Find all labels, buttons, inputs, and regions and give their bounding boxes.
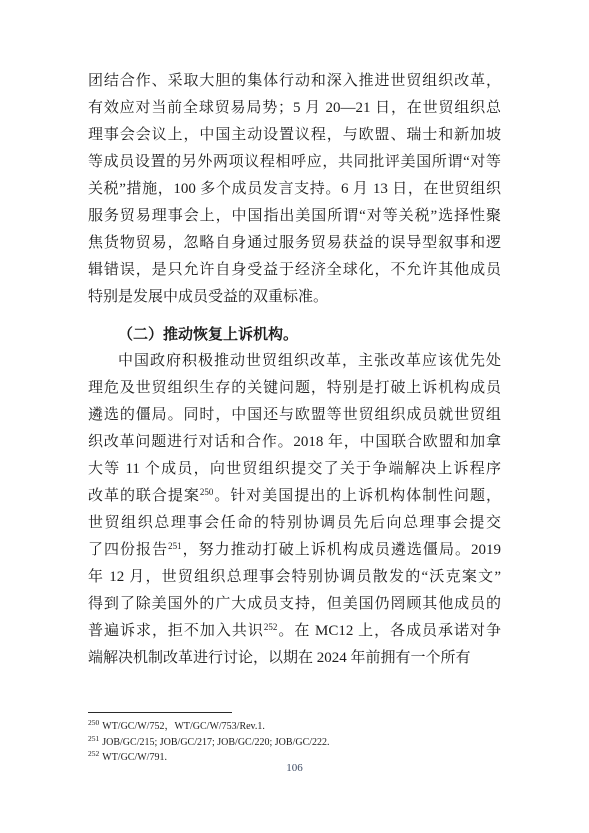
- text-line: 理事会会议上，中国主动设置议程，与欧盟、瑞士和新加坡: [88, 122, 501, 149]
- footnote-marker: 251: [88, 734, 99, 743]
- text-segment: 普遍诉求，拒不加入共识: [88, 623, 264, 639]
- text-line: 普遍诉求，拒不加入共识252。在 MC12 上，各成员承诺对争: [88, 618, 501, 645]
- text-line: 遴选的僵局。同时，中国还与欧盟等世贸组织成员就世贸组: [88, 402, 501, 429]
- text-line: 改革的联合提案250。针对美国提出的上诉机构体制性问题，: [88, 483, 501, 510]
- text-line: 端解决机制改革进行讨论，以期在 2024 年前拥有一个所有: [88, 645, 501, 672]
- footnote-text: WT/GC/W/752，WT/GC/W/753/Rev.1.: [102, 721, 265, 732]
- text-segment: 改革的联合提案: [88, 488, 200, 504]
- footnote-reference: 250: [200, 487, 214, 497]
- section-heading: （二）推动恢复上诉机构。: [88, 321, 501, 348]
- footnote-marker: 252: [88, 749, 99, 758]
- footnote: 250WT/GC/W/752，WT/GC/W/753/Rev.1.: [88, 719, 501, 735]
- text-line: 等成员设置的另外两项议程相呼应，共同批评美国所谓“对等: [88, 149, 501, 176]
- text-line: 辑错误，是只允许自身受益于经济全球化，不允许其他成员: [88, 257, 501, 284]
- text-line: 特别是发展中成员受益的双重标准。: [88, 284, 501, 311]
- body-text: 团结合作、采取大胆的集体行动和深入推进世贸组织改革， 有效应对当前全球贸易局势；…: [88, 68, 501, 672]
- document-page: 团结合作、采取大胆的集体行动和深入推进世贸组织改革， 有效应对当前全球贸易局势；…: [0, 0, 589, 833]
- text-segment: 。在 MC12 上，各成员承诺对争: [277, 623, 501, 639]
- text-line: 中国政府积极推动世贸组织改革，主张改革应该优先处: [88, 348, 501, 375]
- page-number: 106: [0, 762, 589, 774]
- paragraph-2: 中国政府积极推动世贸组织改革，主张改革应该优先处 理危及世贸组织生存的关键问题，…: [88, 348, 501, 672]
- footnote: 251JOB/GC/215; JOB/GC/217; JOB/GC/220; J…: [88, 735, 501, 751]
- text-segment: 了四份报告: [88, 542, 168, 558]
- text-segment: 。针对美国提出的上诉机构体制性问题，: [213, 488, 501, 504]
- text-line: 大等 11 个成员，向世贸组织提交了关于争端解决上诉程序: [88, 456, 501, 483]
- text-line: 了四份报告251，努力推动打破上诉机构成员遴选僵局。2019: [88, 537, 501, 564]
- text-line: 织改革问题进行对话和合作。2018 年，中国联合欧盟和加拿: [88, 429, 501, 456]
- footnote-marker: 250: [88, 718, 99, 727]
- paragraph-1: 团结合作、采取大胆的集体行动和深入推进世贸组织改革， 有效应对当前全球贸易局势；…: [88, 68, 501, 311]
- text-line: 世贸组织总理事会任命的特别协调员先后向总理事会提交: [88, 510, 501, 537]
- text-line: 服务贸易理事会上，中国指出美国所谓“对等关税”选择性聚: [88, 203, 501, 230]
- footnote-separator: [88, 712, 232, 713]
- footnote-reference: 251: [168, 541, 182, 551]
- footnote-text: JOB/GC/215; JOB/GC/217; JOB/GC/220; JOB/…: [102, 737, 329, 748]
- text-segment: ，努力推动打破上诉机构成员遴选僵局。2019: [182, 542, 501, 558]
- text-line: 有效应对当前全球贸易局势；5 月 20—21 日，在世贸组织总: [88, 95, 501, 122]
- text-line: 年 12 月，世贸组织总理事会特别协调员散发的“沃克案文”: [88, 564, 501, 591]
- footnote-reference: 252: [264, 622, 278, 632]
- text-line: 得到了除美国外的广大成员支持，但美国仍罔顾其他成员的: [88, 591, 501, 618]
- text-line: 焦货物贸易，忽略自身通过服务贸易获益的误导型叙事和逻: [88, 230, 501, 257]
- text-line: 关税”措施，100 多个成员发言支持。6 月 13 日，在世贸组织: [88, 176, 501, 203]
- text-line: 团结合作、采取大胆的集体行动和深入推进世贸组织改革，: [88, 68, 501, 95]
- footnotes-section: 250WT/GC/W/752，WT/GC/W/753/Rev.1. 251JOB…: [88, 712, 501, 766]
- text-line: 理危及世贸组织生存的关键问题，特别是打破上诉机构成员: [88, 375, 501, 402]
